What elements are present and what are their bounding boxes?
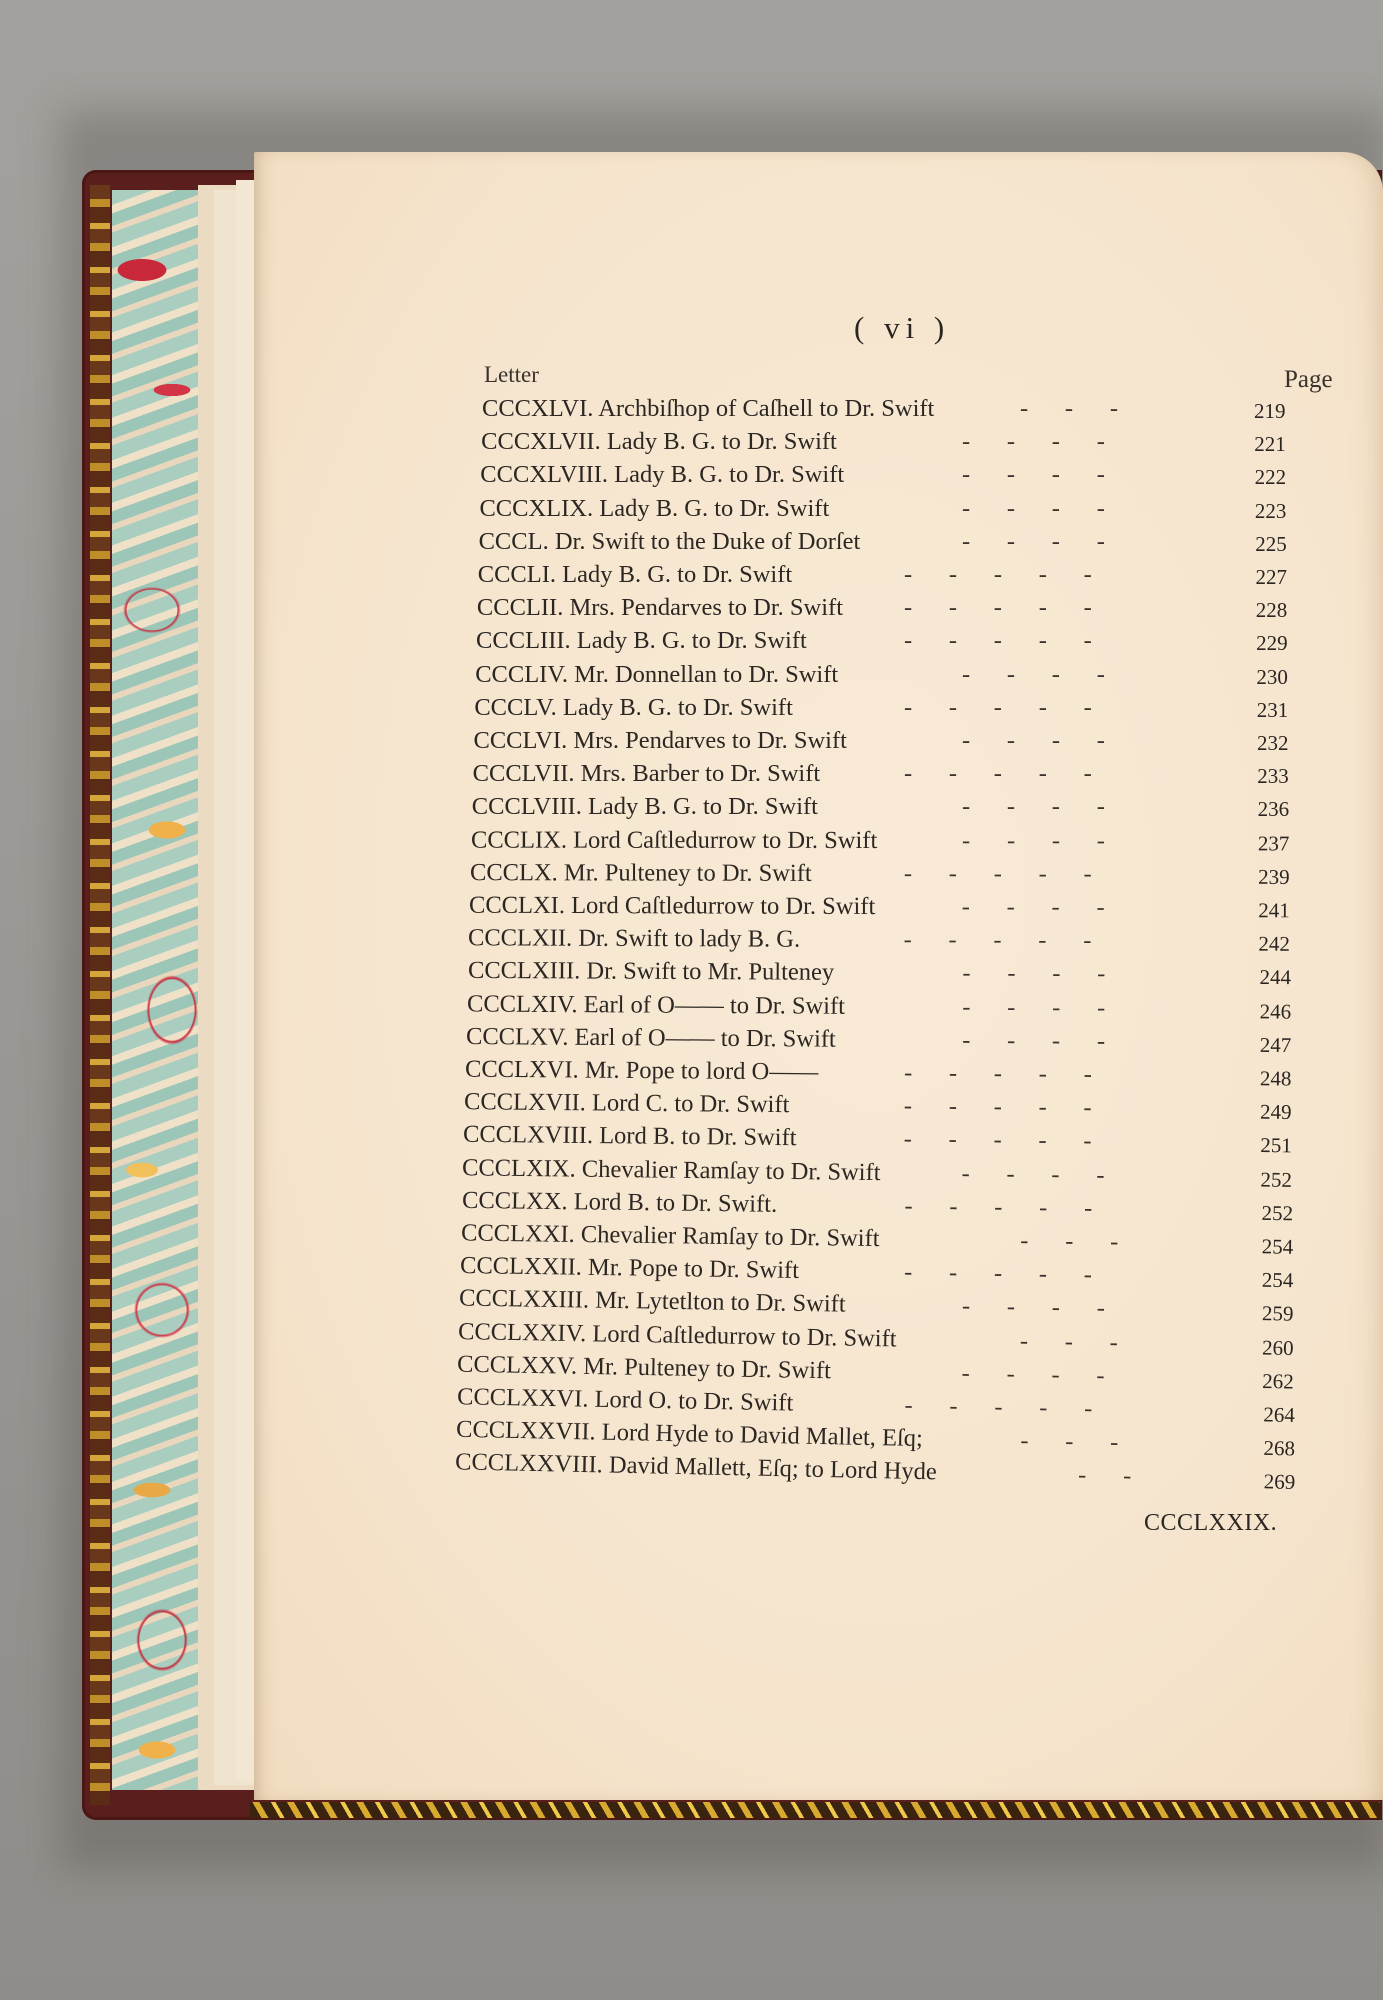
- letter-title: Lord B. to Dr. Swift.: [573, 1188, 777, 1218]
- toc-entry-title: CCCLVII. Mrs. Barber to Dr. Swift: [473, 760, 821, 788]
- page-reference: 260: [1262, 1335, 1294, 1361]
- leader-dashes: - - - -: [962, 793, 1105, 821]
- letter-numeral: CCCLXI.: [469, 892, 565, 919]
- toc-entry-title: CCCLIII. Lady B. G. to Dr. Swift: [476, 627, 807, 655]
- leader-dashes: - - - - -: [904, 860, 1092, 888]
- letter-title: Lady B. G. to Dr. Swift: [563, 694, 793, 721]
- gilt-turn-in-bottom: [250, 1802, 1380, 1818]
- leader-dashes: - - - -: [962, 727, 1105, 755]
- toc-entry-title: CCCLXXV. Mr. Pulteney to Dr. Swift: [457, 1350, 831, 1385]
- letter-numeral: CCCLX.: [470, 859, 558, 886]
- letter-title: Mr. Pope to lord O——: [585, 1057, 819, 1086]
- leader-dashes: - - - -: [962, 827, 1105, 855]
- page-reference: 230: [1256, 665, 1288, 690]
- toc-entry-title: CCCLXV. Earl of O—— to Dr. Swift: [466, 1023, 836, 1054]
- leader-dashes: - - - - -: [904, 1259, 1092, 1290]
- letter-title: Lord Caſtledurrow to Dr. Swift: [592, 1320, 897, 1352]
- letter-title: Mrs. Barber to Dr. Swift: [581, 760, 821, 787]
- gilt-turn-in-left: [90, 185, 110, 1805]
- letter-numeral: CCCLVIII.: [472, 793, 582, 820]
- page-reference: 242: [1259, 932, 1291, 957]
- letter-numeral: CCCLXXIII.: [459, 1285, 589, 1314]
- letter-title: Lady B. G. to Dr. Swift: [562, 561, 792, 588]
- page-reference: 254: [1261, 1234, 1293, 1259]
- leader-dashes: - - - -: [962, 893, 1105, 921]
- letter-title: Lady B. G. to Dr. Swift: [614, 461, 844, 488]
- letter-numeral: CCCXLIX.: [479, 495, 593, 522]
- toc-entry: CCCLI. Lady B. G. to Dr. Swift- - - - -2…: [478, 561, 1284, 594]
- letter-numeral: CCCLIV.: [475, 661, 568, 688]
- letter-title: Dr. Swift to lady B. G.: [579, 925, 801, 953]
- toc-entry-title: CCCLXII. Dr. Swift to lady B. G.: [468, 924, 800, 953]
- letter-title: Earl of O—— to Dr. Swift: [583, 991, 844, 1020]
- letter-title: Lady B. G. to Dr. Swift: [577, 627, 807, 654]
- letter-numeral: CCCLXXII.: [460, 1252, 582, 1281]
- leader-dashes: - - - - -: [904, 694, 1092, 722]
- toc-entry-title: CCCLI. Lady B. G. to Dr. Swift: [478, 561, 792, 589]
- letter-numeral: CCCLXIV.: [467, 990, 578, 1018]
- page-reference: 221: [1254, 432, 1286, 457]
- toc-entry-title: CCCXLIX. Lady B. G. to Dr. Swift: [479, 495, 829, 523]
- page-reference: 229: [1256, 631, 1288, 656]
- toc-entry: CCCLIII. Lady B. G. to Dr. Swift- - - - …: [476, 627, 1284, 660]
- letter-numeral: CCCLXXVI.: [456, 1383, 588, 1412]
- toc-entry-title: CCCLXVIII. Lord B. to Dr. Swift: [463, 1121, 797, 1152]
- page-reference: 259: [1262, 1302, 1294, 1327]
- page-reference: 262: [1262, 1369, 1294, 1395]
- toc-entry-title: CCCLXXI. Chevalier Ramſay to Dr. Swift: [461, 1219, 880, 1253]
- letter-title: Lord B. to Dr. Swift: [599, 1123, 797, 1152]
- toc-entry-title: CCCLX. Mr. Pulteney to Dr. Swift: [470, 859, 812, 888]
- letter-numeral: CCCLXXVII.: [456, 1416, 596, 1446]
- toc-entry-title: CCCLXIX. Chevalier Ramſay to Dr. Swift: [462, 1154, 881, 1187]
- letter-title: Lady B. G. to Dr. Swift: [599, 495, 829, 522]
- page-reference: 237: [1258, 831, 1290, 856]
- letter-title: Lady B. G. to Dr. Swift: [588, 793, 818, 820]
- letter-numeral: CCCLI.: [478, 561, 556, 588]
- letter-numeral: CCCLXII.: [468, 924, 572, 951]
- letter-title: Mr. Pope to Dr. Swift: [588, 1254, 799, 1284]
- page-reference: 219: [1254, 399, 1286, 424]
- toc-entry: CCCLIV. Mr. Donnellan to Dr. Swift- - - …: [475, 661, 1284, 694]
- letter-title: Lord C. to Dr. Swift: [592, 1090, 790, 1119]
- letter-numeral: CCCLVII.: [473, 760, 575, 787]
- leader-dashes: - - - -: [962, 993, 1105, 1022]
- letter-numeral: CCCLIX.: [471, 826, 567, 853]
- page-reference: 233: [1257, 764, 1289, 789]
- letter-numeral: CCCLXIII.: [467, 957, 579, 985]
- letter-title: Dr. Swift to Mr. Pulteney: [586, 958, 834, 986]
- toc-entry-title: CCCLXI. Lord Caſtledurrow to Dr. Swift: [469, 892, 875, 921]
- page-reference: 252: [1261, 1167, 1293, 1192]
- leader-dashes: - - - -: [962, 428, 1105, 456]
- toc-entry-title: CCCLXIII. Dr. Swift to Mr. Pulteney: [467, 957, 833, 987]
- letter-numeral: CCCLXX.: [461, 1187, 567, 1215]
- letter-title: Mr. Pulteney to Dr. Swift: [564, 859, 812, 887]
- toc-entry: CCCLXIV. Earl of O—— to Dr. Swift- - - -…: [467, 990, 1284, 1028]
- letter-title: Lord Caſtledurrow to Dr. Swift: [573, 826, 877, 853]
- letter-title: Dr. Swift to the Duke of Dorſet: [555, 528, 861, 555]
- leader-dashes: - - - -: [962, 1026, 1105, 1055]
- toc-entry: CCCLXII. Dr. Swift to lady B. G.- - - - …: [468, 924, 1284, 960]
- page-reference: 254: [1262, 1268, 1294, 1293]
- letter-numeral: CCCLXVIII.: [463, 1121, 593, 1149]
- letter-numeral: CCCLXV.: [466, 1023, 569, 1051]
- page-reference: 222: [1255, 465, 1287, 490]
- letter-title: Lord O. to Dr. Swift: [594, 1386, 793, 1417]
- leader-dashes: - - -: [1020, 1427, 1119, 1457]
- toc-entry: CCCXLVIII. Lady B. G. to Dr. Swift- - - …: [480, 461, 1284, 494]
- column-header-page: Page: [1284, 366, 1333, 394]
- leader-dashes: - - - - -: [904, 561, 1092, 589]
- catchword: CCCLXXIX.: [1144, 1510, 1277, 1537]
- leader-dashes: - - -: [1020, 395, 1118, 423]
- leader-dashes: - - - - -: [904, 594, 1092, 622]
- letter-numeral: CCCLV.: [474, 694, 556, 721]
- leader-dashes: - -: [1078, 1462, 1132, 1491]
- toc-entry-title: CCCLXVI. Mr. Pope to lord O——: [465, 1056, 818, 1087]
- toc-entry: CCCLVIII. Lady B. G. to Dr. Swift- - - -…: [472, 793, 1284, 826]
- page-reference: 225: [1255, 532, 1287, 557]
- toc-entry-title: CCCLXVII. Lord C. to Dr. Swift: [464, 1088, 790, 1119]
- leader-dashes: - - - - -: [904, 1126, 1092, 1156]
- letter-title: Earl of O—— to Dr. Swift: [574, 1024, 836, 1053]
- page-reference: 227: [1256, 565, 1288, 590]
- page-number: ( vi ): [854, 310, 950, 346]
- letter-numeral: CCCLXVII.: [464, 1088, 586, 1116]
- letter-numeral: CCCLXXI.: [461, 1219, 575, 1248]
- toc-entry: CCCLVI. Mrs. Pendarves to Dr. Swift- - -…: [474, 727, 1285, 760]
- toc-entry: CCCXLIX. Lady B. G. to Dr. Swift- - - -2…: [479, 495, 1284, 528]
- page-reference: 223: [1255, 499, 1287, 524]
- letter-numeral: CCCLXIX.: [462, 1154, 576, 1182]
- page-reference: 231: [1257, 698, 1289, 723]
- letter-numeral: CCCXLVIII.: [480, 461, 608, 488]
- toc-entry: CCCLIX. Lord Caſtledurrow to Dr. Swift- …: [471, 826, 1284, 860]
- page-reference: 251: [1260, 1133, 1292, 1158]
- letter-title: Mrs. Pendarves to Dr. Swift: [569, 594, 843, 621]
- letter-numeral: CCCLII.: [477, 594, 563, 621]
- toc-entry-title: CCCLXXIII. Mr. Lytetlton to Dr. Swift: [459, 1285, 846, 1319]
- page-reference: 252: [1261, 1201, 1293, 1226]
- letter-numeral: CCCLXXVIII.: [455, 1449, 603, 1479]
- leader-dashes: - - - - -: [904, 627, 1092, 655]
- toc-entry: CCCXLVII. Lady B. G. to Dr. Swift- - - -…: [481, 428, 1284, 461]
- letter-title: Mr. Lytetlton to Dr. Swift: [595, 1287, 846, 1318]
- toc-entry: CCCLXI. Lord Caſtledurrow to Dr. Swift- …: [469, 892, 1284, 928]
- letter-title: Mr. Pulteney to Dr. Swift: [583, 1353, 831, 1384]
- page-reference: 228: [1256, 598, 1288, 623]
- toc-entry: CCCLII. Mrs. Pendarves to Dr. Swift- - -…: [477, 594, 1284, 627]
- toc-entry-title: CCCL. Dr. Swift to the Duke of Dorſet: [479, 528, 861, 556]
- letter-numeral: CCCXLVI.: [482, 395, 593, 422]
- page-reference: 232: [1257, 731, 1289, 756]
- leader-dashes: - - -: [1020, 1327, 1118, 1357]
- marbled-endpaper: [112, 190, 198, 1790]
- toc-entry-title: CCCXLVII. Lady B. G. to Dr. Swift: [481, 428, 837, 456]
- letter-title: Lord Caſtledurrow to Dr. Swift: [571, 892, 875, 920]
- leader-dashes: - - - - -: [904, 1092, 1092, 1122]
- letter-title: Mr. Donnellan to Dr. Swift: [574, 661, 838, 688]
- leader-dashes: - - - - -: [904, 1059, 1092, 1089]
- leader-dashes: - - - - -: [904, 926, 1092, 955]
- toc-entry-title: CCCLIX. Lord Caſtledurrow to Dr. Swift: [471, 826, 877, 854]
- letter-numeral: CCCL.: [479, 528, 549, 555]
- toc-entry-title: CCCLV. Lady B. G. to Dr. Swift: [474, 694, 793, 722]
- page-reference: 241: [1258, 898, 1290, 923]
- letter-title: Archbiſhop of Caſhell to Dr. Swift: [598, 395, 934, 422]
- letter-numeral: CCCLXXIV.: [458, 1318, 587, 1347]
- letter-title: Mrs. Pendarves to Dr. Swift: [573, 727, 847, 754]
- column-header-letter: Letter: [484, 362, 539, 388]
- leader-dashes: - - - -: [962, 495, 1105, 523]
- book-page: ( vi ) Letter Page CCCXLVI. Archbiſhop o…: [254, 152, 1383, 1800]
- page-reference: 269: [1263, 1470, 1295, 1496]
- leader-dashes: - - - -: [962, 528, 1105, 556]
- page-reference: 248: [1260, 1066, 1292, 1091]
- leader-dashes: - - - - -: [904, 1392, 1092, 1424]
- page-reference: 244: [1259, 965, 1291, 990]
- page-reference: 264: [1263, 1402, 1295, 1428]
- leader-dashes: - - - -: [962, 661, 1105, 689]
- page-reference: 239: [1258, 865, 1290, 890]
- leader-dashes: - - - -: [962, 1359, 1105, 1390]
- leader-dashes: - - - -: [962, 1160, 1105, 1190]
- toc-entry-title: CCCLVIII. Lady B. G. to Dr. Swift: [472, 793, 818, 821]
- toc-entry: CCCL. Dr. Swift to the Duke of Dorſet- -…: [479, 528, 1284, 561]
- letter-title: Lord Hyde to David Mallet, Eſq;: [601, 1419, 923, 1452]
- toc-entry-title: CCCLII. Mrs. Pendarves to Dr. Swift: [477, 594, 843, 622]
- leader-dashes: - - - -: [962, 461, 1105, 489]
- leader-dashes: - - - - -: [904, 1192, 1092, 1222]
- page-reference: 249: [1260, 1100, 1292, 1125]
- leader-dashes: - - - -: [962, 960, 1105, 989]
- page-reference: 236: [1258, 797, 1290, 822]
- toc-entry-title: CCCXLVI. Archbiſhop of Caſhell to Dr. Sw…: [482, 395, 934, 423]
- toc-entry-title: CCCLXIV. Earl of O—— to Dr. Swift: [467, 990, 845, 1020]
- leader-dashes: - - -: [1020, 1227, 1118, 1256]
- toc-entry-title: CCCXLVIII. Lady B. G. to Dr. Swift: [480, 461, 844, 489]
- page-reference: 268: [1263, 1436, 1295, 1462]
- toc-entry-title: CCCLVI. Mrs. Pendarves to Dr. Swift: [474, 727, 847, 755]
- letter-title: David Mallett, Eſq; to Lord Hyde: [608, 1452, 936, 1486]
- letter-title: Lady B. G. to Dr. Swift: [607, 428, 837, 455]
- toc-entry: CCCLV. Lady B. G. to Dr. Swift- - - - -2…: [474, 694, 1284, 727]
- letter-numeral: CCCLIII.: [476, 627, 571, 654]
- letter-numeral: CCCLXVI.: [465, 1056, 579, 1084]
- page-reference: 246: [1259, 999, 1291, 1024]
- toc-entry-title: CCCLXX. Lord B. to Dr. Swift.: [461, 1187, 776, 1219]
- letter-title: Chevalier Ramſay to Dr. Swift: [580, 1221, 879, 1252]
- letter-title: Chevalier Ramſay to Dr. Swift: [582, 1155, 881, 1185]
- leader-dashes: - - - -: [962, 1293, 1105, 1323]
- toc-entry: CCCLVII. Mrs. Barber to Dr. Swift- - - -…: [473, 760, 1284, 793]
- letter-numeral: CCCLVI.: [474, 727, 568, 754]
- toc-entry-title: CCCLXXII. Mr. Pope to Dr. Swift: [460, 1252, 799, 1285]
- page-reference: 247: [1260, 1033, 1292, 1058]
- toc-entry-title: CCCLIV. Mr. Donnellan to Dr. Swift: [475, 661, 838, 689]
- leader-dashes: - - - - -: [904, 760, 1092, 788]
- toc-entry: CCCLX. Mr. Pulteney to Dr. Swift- - - - …: [470, 859, 1284, 894]
- letter-numeral: CCCLXXV.: [457, 1350, 578, 1379]
- toc-entry-title: CCCLXXVI. Lord O. to Dr. Swift: [456, 1383, 793, 1417]
- toc-entry: CCCXLVI. Archbiſhop of Caſhell to Dr. Sw…: [482, 395, 1284, 428]
- letter-numeral: CCCXLVII.: [481, 428, 601, 455]
- toc-entry: CCCLXIII. Dr. Swift to Mr. Pulteney- - -…: [467, 957, 1284, 994]
